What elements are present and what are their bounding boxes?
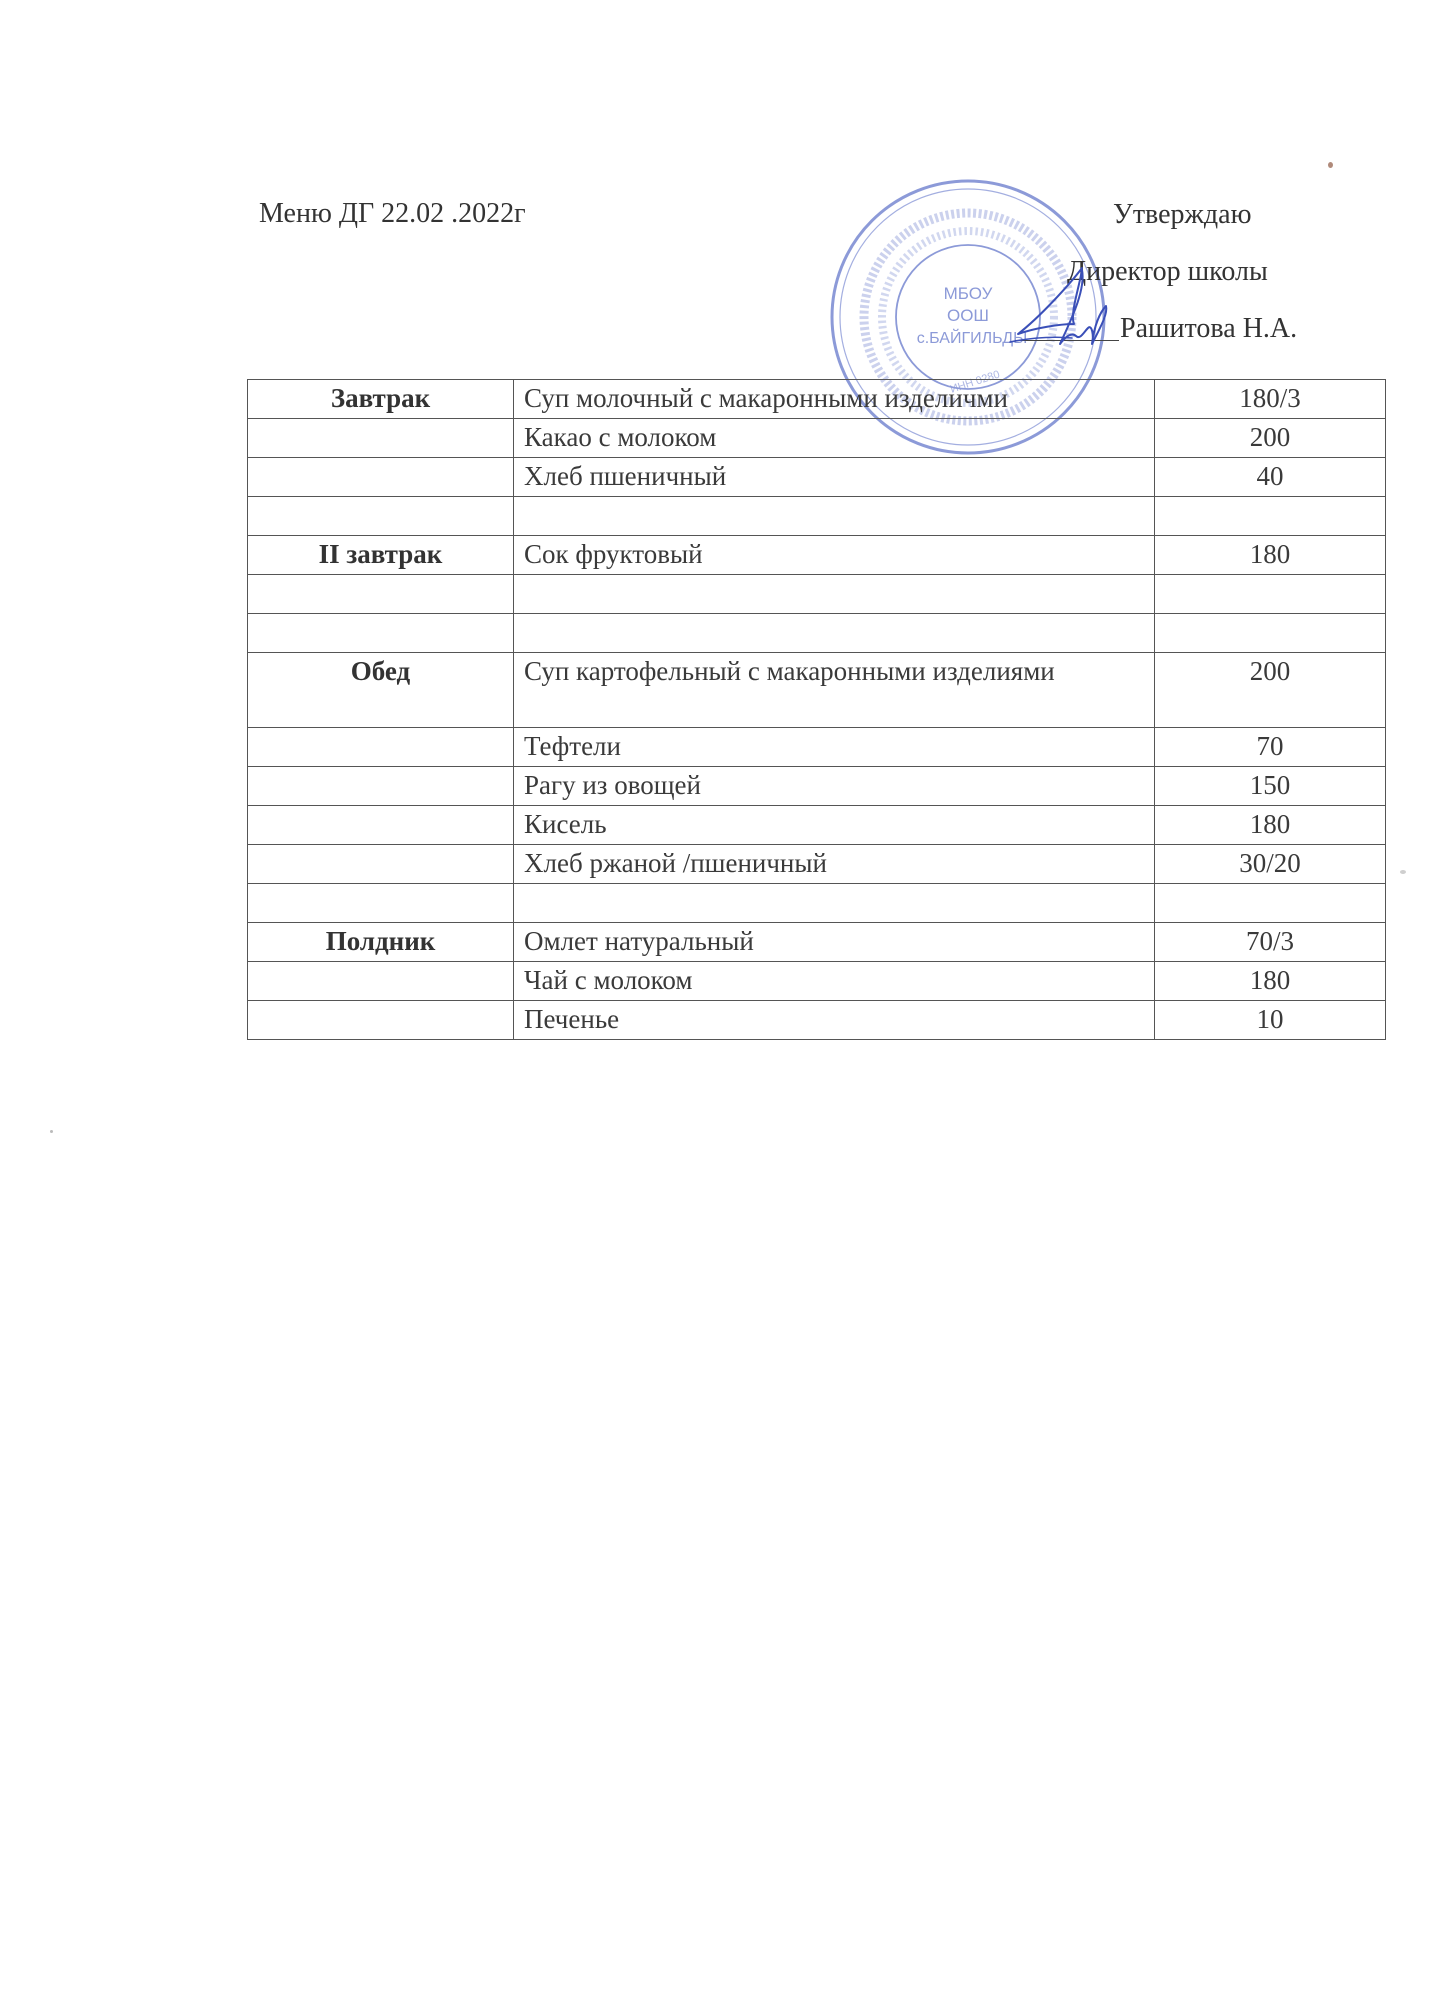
table-row: Рагу из овощей150 bbox=[248, 767, 1386, 806]
table-row: Какао с молоком200 bbox=[248, 419, 1386, 458]
portion-cell: 40 bbox=[1155, 458, 1386, 497]
table-row bbox=[248, 884, 1386, 923]
dish-cell: Кисель bbox=[514, 806, 1155, 845]
dish-cell: Суп молочный с макаронными изделичми bbox=[514, 380, 1155, 419]
table-row: Печенье10 bbox=[248, 1001, 1386, 1040]
signature-line bbox=[1015, 340, 1119, 341]
table-row: Тефтели70 bbox=[248, 728, 1386, 767]
meal-cell bbox=[248, 806, 514, 845]
portion-cell: 70/3 bbox=[1155, 923, 1386, 962]
dish-cell: Сок фруктовый bbox=[514, 536, 1155, 575]
portion-cell: 180 bbox=[1155, 536, 1386, 575]
stamp-line-3: с.БАЙГИЛЬДЫ bbox=[917, 328, 1028, 347]
meal-cell bbox=[248, 419, 514, 458]
portion-cell: 10 bbox=[1155, 1001, 1386, 1040]
meal-cell: Обед bbox=[248, 653, 514, 728]
table-row: ОбедСуп картофельный с макаронными издел… bbox=[248, 653, 1386, 728]
meal-cell bbox=[248, 962, 514, 1001]
approval-label: Утверждаю bbox=[1113, 201, 1251, 229]
table-row: Хлеб пшеничный40 bbox=[248, 458, 1386, 497]
portion-cell bbox=[1155, 884, 1386, 923]
director-name: Рашитова Н.А. bbox=[1120, 315, 1297, 343]
table-row: Кисель180 bbox=[248, 806, 1386, 845]
meal-cell bbox=[248, 884, 514, 923]
meal-cell bbox=[248, 458, 514, 497]
scan-speck bbox=[1328, 162, 1333, 168]
table-row bbox=[248, 614, 1386, 653]
dish-cell: Печенье bbox=[514, 1001, 1155, 1040]
meal-cell bbox=[248, 767, 514, 806]
meal-cell bbox=[248, 1001, 514, 1040]
dish-cell: Чай с молоком bbox=[514, 962, 1155, 1001]
dish-cell: Какао с молоком bbox=[514, 419, 1155, 458]
portion-cell: 180 bbox=[1155, 962, 1386, 1001]
dish-cell bbox=[514, 497, 1155, 536]
table-row bbox=[248, 497, 1386, 536]
menu-title: Меню ДГ 22.02 .2022г bbox=[259, 200, 526, 228]
meal-cell bbox=[248, 614, 514, 653]
portion-cell bbox=[1155, 497, 1386, 536]
meal-cell bbox=[248, 497, 514, 536]
meal-cell: Полдник bbox=[248, 923, 514, 962]
meal-cell: Завтрак bbox=[248, 380, 514, 419]
scan-speck bbox=[1400, 870, 1406, 874]
director-position: Директор школы bbox=[1067, 258, 1268, 286]
document-page: Меню ДГ 22.02 .2022г МБОУ ООШ с.БАЙГИЛЬД… bbox=[0, 0, 1454, 2000]
dish-cell: Омлет натуральный bbox=[514, 923, 1155, 962]
dish-cell bbox=[514, 575, 1155, 614]
stamp-line-2: ООШ bbox=[947, 306, 989, 325]
table-row: ПолдникОмлет натуральный70/3 bbox=[248, 923, 1386, 962]
meal-cell bbox=[248, 845, 514, 884]
table-row: Хлеб ржаной /пшеничный30/20 bbox=[248, 845, 1386, 884]
dish-cell bbox=[514, 884, 1155, 923]
dish-cell: Хлеб ржаной /пшеничный bbox=[514, 845, 1155, 884]
portion-cell: 200 bbox=[1155, 419, 1386, 458]
meal-cell bbox=[248, 728, 514, 767]
menu-table: ЗавтракСуп молочный с макаронными издели… bbox=[247, 379, 1386, 1040]
dish-cell bbox=[514, 614, 1155, 653]
portion-cell: 30/20 bbox=[1155, 845, 1386, 884]
table-row: II завтракСок фруктовый180 bbox=[248, 536, 1386, 575]
table-row: ЗавтракСуп молочный с макаронными издели… bbox=[248, 380, 1386, 419]
meal-cell bbox=[248, 575, 514, 614]
portion-cell bbox=[1155, 614, 1386, 653]
dish-cell: Суп картофельный с макаронными изделиями bbox=[514, 653, 1155, 728]
stamp-line-1: МБОУ bbox=[944, 284, 993, 303]
portion-cell: 150 bbox=[1155, 767, 1386, 806]
table-row: Чай с молоком180 bbox=[248, 962, 1386, 1001]
meal-cell: II завтрак bbox=[248, 536, 514, 575]
dish-cell: Рагу из овощей bbox=[514, 767, 1155, 806]
portion-cell: 180/3 bbox=[1155, 380, 1386, 419]
portion-cell: 200 bbox=[1155, 653, 1386, 728]
scan-speck bbox=[50, 1130, 53, 1133]
portion-cell bbox=[1155, 575, 1386, 614]
portion-cell: 180 bbox=[1155, 806, 1386, 845]
table-row bbox=[248, 575, 1386, 614]
dish-cell: Тефтели bbox=[514, 728, 1155, 767]
portion-cell: 70 bbox=[1155, 728, 1386, 767]
dish-cell: Хлеб пшеничный bbox=[514, 458, 1155, 497]
